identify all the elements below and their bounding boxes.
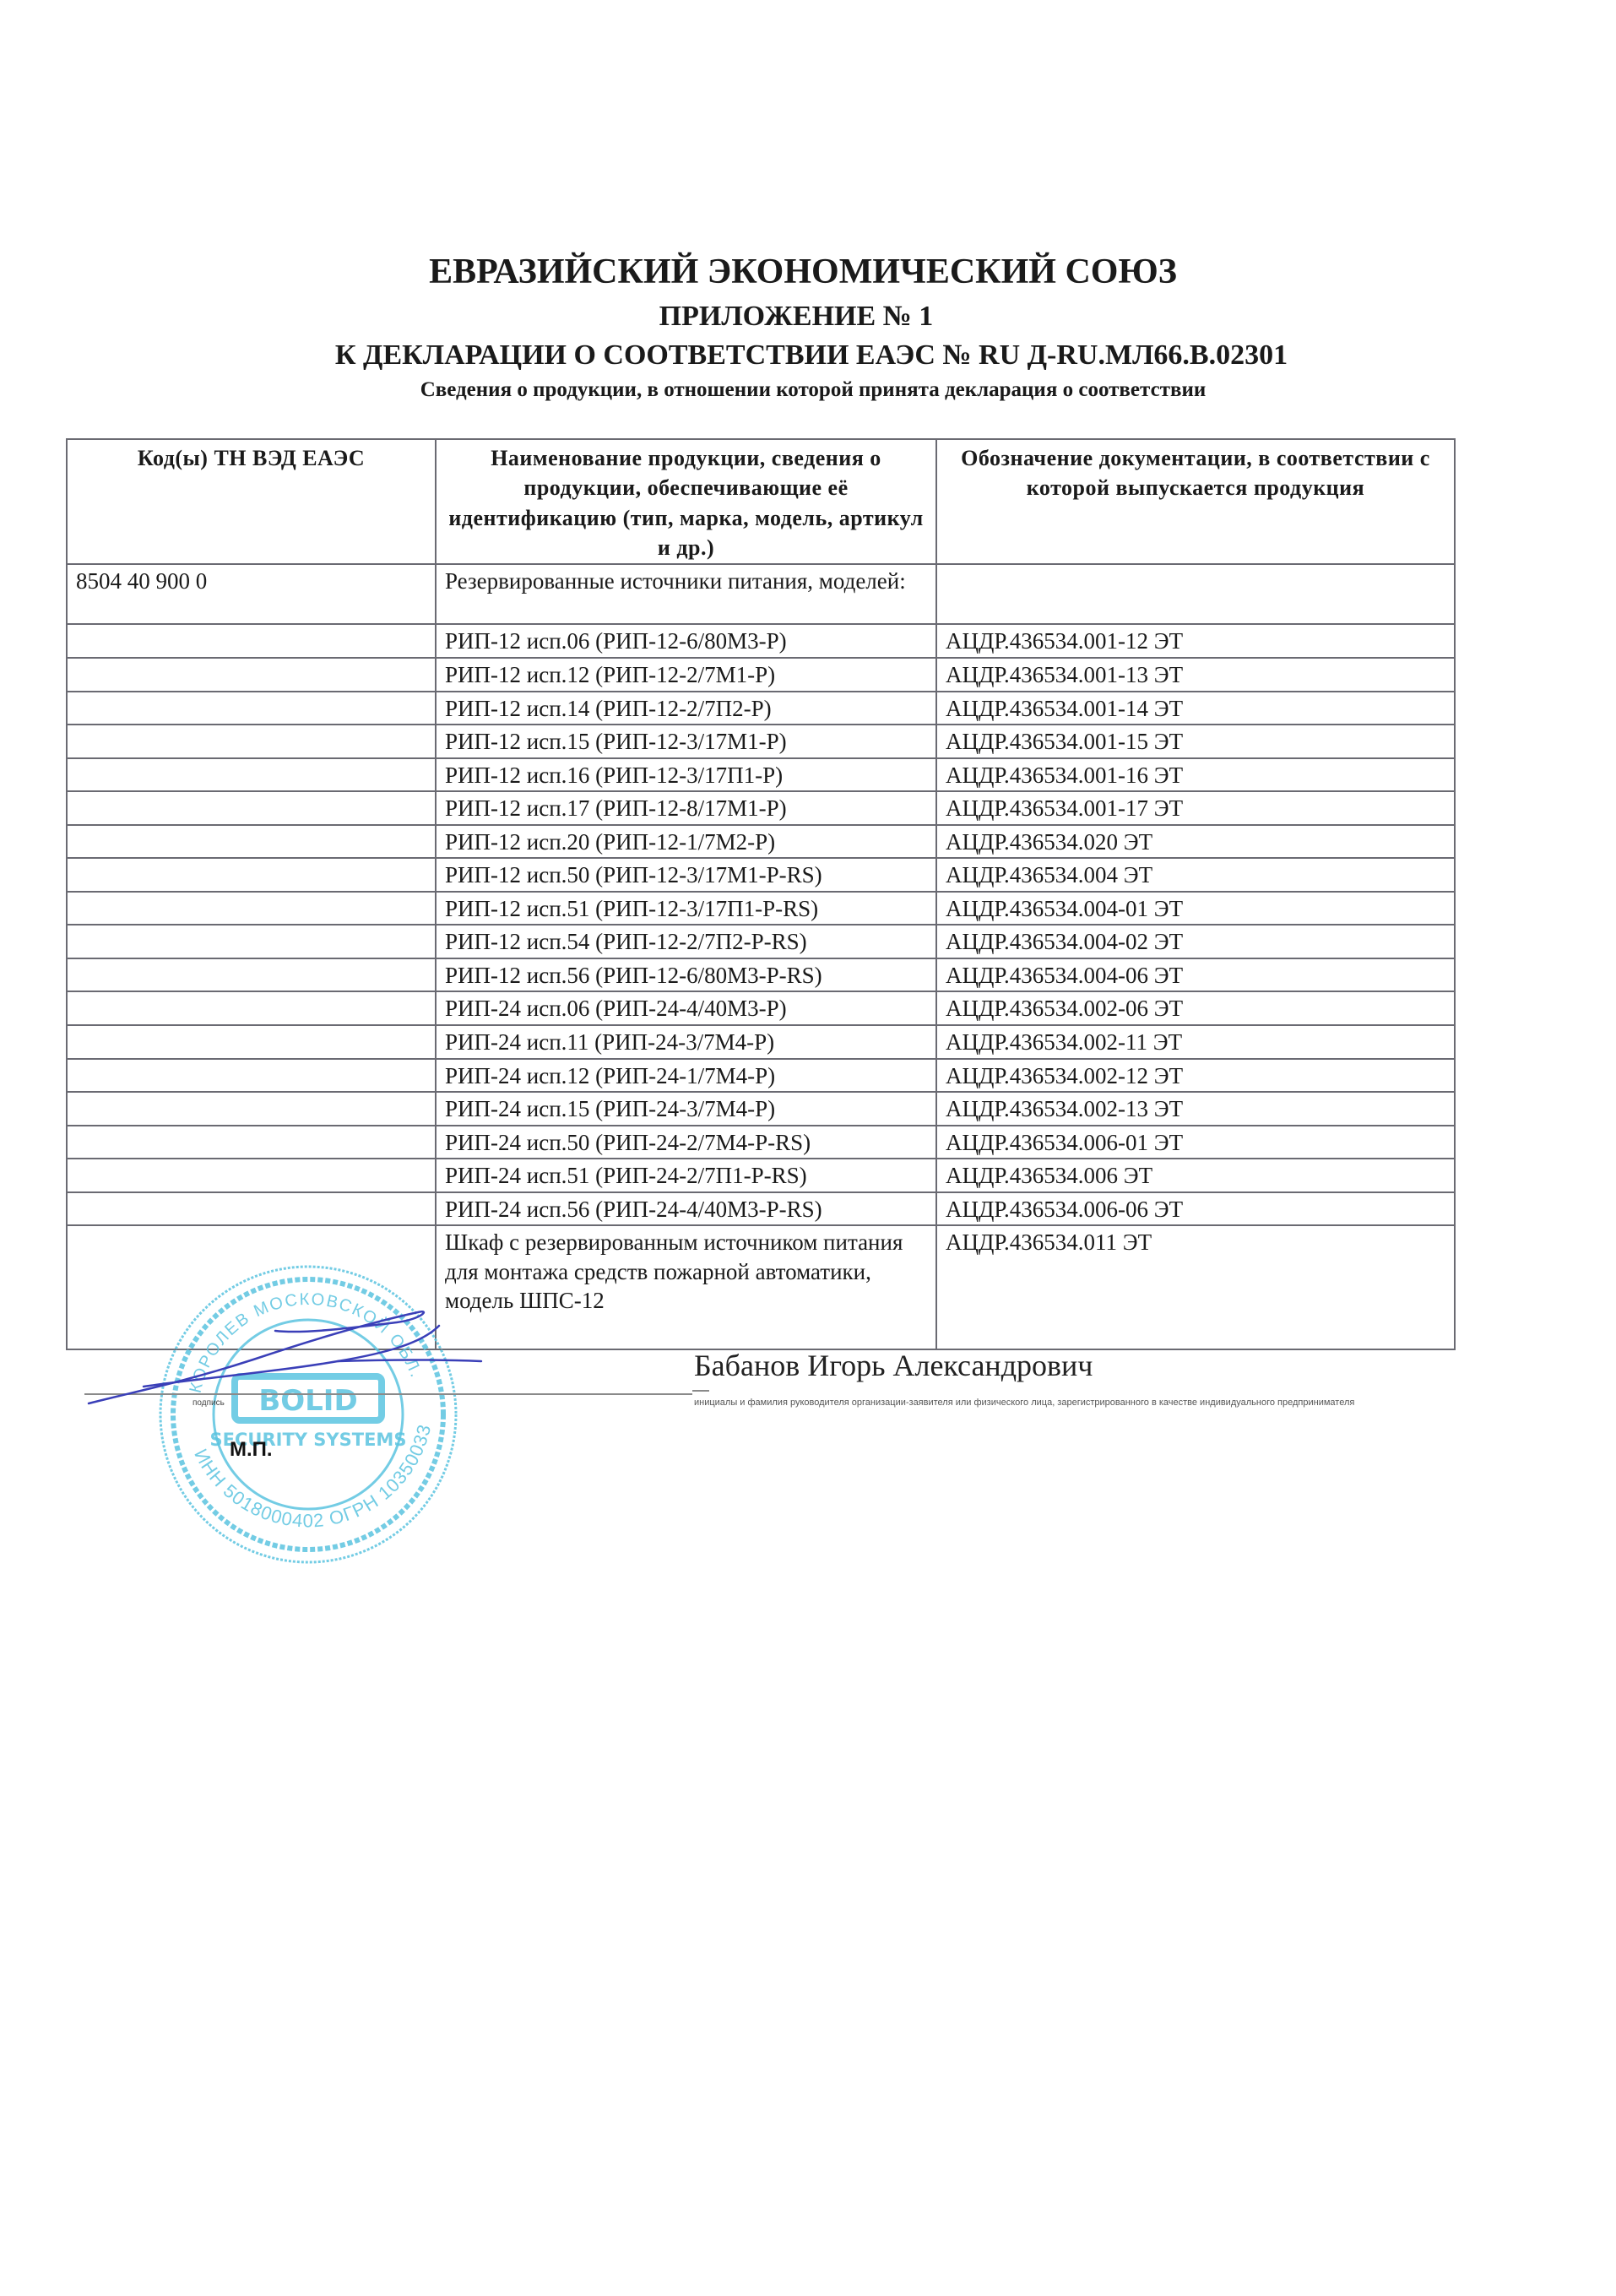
cell-documentation: АЦДР.436534.006-01 ЭТ	[936, 1126, 1455, 1159]
table-row: РИП-24 исп.11 (РИП-24-3/7М4-Р)АЦДР.43653…	[67, 1025, 1455, 1059]
table-row: 8504 40 900 0Резервированные источники п…	[67, 564, 1455, 624]
seal-place-label: М.П.	[230, 1438, 273, 1462]
cell-documentation: АЦДР.436534.001-14 ЭТ	[936, 692, 1455, 725]
cell-product-name: РИП-24 исп.15 (РИП-24-3/7М4-Р)	[436, 1092, 936, 1126]
table-row: РИП-12 исп.50 (РИП-12-3/17М1-Р-RS)АЦДР.4…	[67, 858, 1455, 892]
signer-name-line	[692, 1390, 709, 1392]
cell-product-name: РИП-12 исп.15 (РИП-12-3/17М1-Р)	[436, 725, 936, 758]
cell-documentation: АЦДР.436534.001-17 ЭТ	[936, 791, 1455, 825]
column-header-code: Код(ы) ТН ВЭД ЕАЭС	[67, 439, 436, 564]
union-title: ЕВРАЗИЙСКИЙ ЭКОНОМИЧЕСКИЙ СОЮЗ	[0, 252, 1611, 292]
column-header-product-name: Наименование продукции, сведения о проду…	[436, 439, 936, 564]
table-row: РИП-12 исп.15 (РИП-12-3/17М1-Р)АЦДР.4365…	[67, 725, 1455, 758]
cell-product-name: РИП-24 исп.50 (РИП-24-2/7М4-Р-RS)	[436, 1126, 936, 1159]
cell-code	[67, 1126, 436, 1159]
cell-product-name: РИП-12 исп.56 (РИП-12-6/80М3-Р-RS)	[436, 958, 936, 992]
cell-code	[67, 791, 436, 825]
cell-code	[67, 1159, 436, 1192]
cell-code	[67, 925, 436, 958]
cell-code	[67, 892, 436, 925]
cell-documentation: АЦДР.436534.006-06 ЭТ	[936, 1192, 1455, 1226]
cell-product-name: РИП-24 исп.56 (РИП-24-4/40М3-Р-RS)	[436, 1192, 936, 1226]
table-row: РИП-24 исп.06 (РИП-24-4/40М3-Р)АЦДР.4365…	[67, 991, 1455, 1025]
cell-documentation: АЦДР.436534.001-12 ЭТ	[936, 624, 1455, 658]
table-row: РИП-12 исп.16 (РИП-12-3/17П1-Р)АЦДР.4365…	[67, 758, 1455, 792]
table-row: РИП-12 исп.12 (РИП-12-2/7М1-Р)АЦДР.43653…	[67, 658, 1455, 692]
cell-documentation	[936, 564, 1455, 624]
cell-documentation: АЦДР.436534.002-13 ЭТ	[936, 1092, 1455, 1126]
table-row: РИП-12 исп.56 (РИП-12-6/80М3-Р-RS)АЦДР.4…	[67, 958, 1455, 992]
table-row: РИП-12 исп.17 (РИП-12-8/17М1-Р)АЦДР.4365…	[67, 791, 1455, 825]
cell-product-name: РИП-24 исп.51 (РИП-24-2/7П1-Р-RS)	[436, 1159, 936, 1192]
cell-code	[67, 991, 436, 1025]
cell-documentation: АЦДР.436534.002-06 ЭТ	[936, 991, 1455, 1025]
cell-product-name: РИП-12 исп.16 (РИП-12-3/17П1-Р)	[436, 758, 936, 792]
cell-code: 8504 40 900 0	[67, 564, 436, 624]
appendix-title: ПРИЛОЖЕНИЕ № 1	[0, 301, 1604, 333]
cell-product-name: РИП-12 исп.06 (РИП-12-6/80М3-Р)	[436, 624, 936, 658]
table-row: РИП-24 исп.56 (РИП-24-4/40М3-Р-RS)АЦДР.4…	[67, 1192, 1455, 1226]
cell-documentation: АЦДР.436534.001-13 ЭТ	[936, 658, 1455, 692]
table-row: РИП-12 исп.51 (РИП-12-3/17П1-Р-RS)АЦДР.4…	[67, 892, 1455, 925]
cell-code	[67, 658, 436, 692]
cell-code	[67, 858, 436, 892]
cell-documentation: АЦДР.436534.002-12 ЭТ	[936, 1059, 1455, 1093]
declaration-number-title: К ДЕКЛАРАЦИИ О СООТВЕТСТВИИ ЕАЭС № RU Д-…	[3, 339, 1616, 372]
cell-code	[67, 958, 436, 992]
cell-product-name: РИП-12 исп.14 (РИП-12-2/7П2-Р)	[436, 692, 936, 725]
table-row: Шкаф с резервированным источником питани…	[67, 1225, 1455, 1349]
cell-documentation: АЦДР.436534.004-02 ЭТ	[936, 925, 1455, 958]
cell-product-name: РИП-12 исп.54 (РИП-12-2/7П2-Р-RS)	[436, 925, 936, 958]
column-header-documentation: Обозначение документации, в соответствии…	[936, 439, 1455, 564]
table-row: РИП-12 исп.14 (РИП-12-2/7П2-Р)АЦДР.43653…	[67, 692, 1455, 725]
table-row: РИП-24 исп.12 (РИП-24-1/7М4-Р)АЦДР.43653…	[67, 1059, 1455, 1093]
cell-documentation: АЦДР.436534.011 ЭТ	[936, 1225, 1455, 1349]
cell-product-name: РИП-24 исп.06 (РИП-24-4/40М3-Р)	[436, 991, 936, 1025]
cell-code	[67, 1192, 436, 1226]
svg-text:BOLID: BOLID	[258, 1384, 357, 1418]
table-header-row: Код(ы) ТН ВЭД ЕАЭС Наименование продукци…	[67, 439, 1455, 564]
table-row: РИП-12 исп.20 (РИП-12-1/7М2-Р)АЦДР.43653…	[67, 825, 1455, 859]
cell-product-name: Шкаф с резервированным источником питани…	[436, 1225, 936, 1349]
cell-product-name: РИП-12 исп.17 (РИП-12-8/17М1-Р)	[436, 791, 936, 825]
cell-documentation: АЦДР.436534.006 ЭТ	[936, 1159, 1455, 1192]
cell-code	[67, 1225, 436, 1349]
signer-name: Бабанов Игорь Александрович	[694, 1348, 1093, 1383]
table-row: РИП-12 исп.54 (РИП-12-2/7П2-Р-RS)АЦДР.43…	[67, 925, 1455, 958]
cell-documentation: АЦДР.436534.004-06 ЭТ	[936, 958, 1455, 992]
cell-documentation: АЦДР.436534.004-01 ЭТ	[936, 892, 1455, 925]
cell-code	[67, 1092, 436, 1126]
table-row: РИП-12 исп.06 (РИП-12-6/80М3-Р)АЦДР.4365…	[67, 624, 1455, 658]
table-row: РИП-24 исп.51 (РИП-24-2/7П1-Р-RS)АЦДР.43…	[67, 1159, 1455, 1192]
cell-documentation: АЦДР.436534.004 ЭТ	[936, 858, 1455, 892]
cell-product-name: РИП-12 исп.50 (РИП-12-3/17М1-Р-RS)	[436, 858, 936, 892]
table-row: РИП-24 исп.50 (РИП-24-2/7М4-Р-RS)АЦДР.43…	[67, 1126, 1455, 1159]
cell-code	[67, 758, 436, 792]
cell-product-name: РИП-12 исп.12 (РИП-12-2/7М1-Р)	[436, 658, 936, 692]
cell-code	[67, 725, 436, 758]
document-subtitle: Сведения о продукции, в отношении которо…	[5, 378, 1616, 402]
products-table: Код(ы) ТН ВЭД ЕАЭС Наименование продукци…	[66, 438, 1456, 1350]
cell-product-name: РИП-24 исп.11 (РИП-24-3/7М4-Р)	[436, 1025, 936, 1059]
cell-code	[67, 1025, 436, 1059]
cell-documentation: АЦДР.436534.002-11 ЭТ	[936, 1025, 1455, 1059]
cell-code	[67, 692, 436, 725]
cell-documentation: АЦДР.436534.001-15 ЭТ	[936, 725, 1455, 758]
cell-documentation: АЦДР.436534.001-16 ЭТ	[936, 758, 1455, 792]
signature-line	[84, 1393, 692, 1395]
cell-product-name: РИП-24 исп.12 (РИП-24-1/7М4-Р)	[436, 1059, 936, 1093]
signature-caption: подпись	[193, 1398, 225, 1408]
signer-caption: инициалы и фамилия руководителя организа…	[694, 1397, 1420, 1409]
cell-product-name: Резервированные источники питания, модел…	[436, 564, 936, 624]
cell-product-name: РИП-12 исп.51 (РИП-12-3/17П1-Р-RS)	[436, 892, 936, 925]
cell-product-name: РИП-12 исп.20 (РИП-12-1/7М2-Р)	[436, 825, 936, 859]
cell-code	[67, 624, 436, 658]
cell-documentation: АЦДР.436534.020 ЭТ	[936, 825, 1455, 859]
table-row: РИП-24 исп.15 (РИП-24-3/7М4-Р)АЦДР.43653…	[67, 1092, 1455, 1126]
cell-code	[67, 825, 436, 859]
cell-code	[67, 1059, 436, 1093]
